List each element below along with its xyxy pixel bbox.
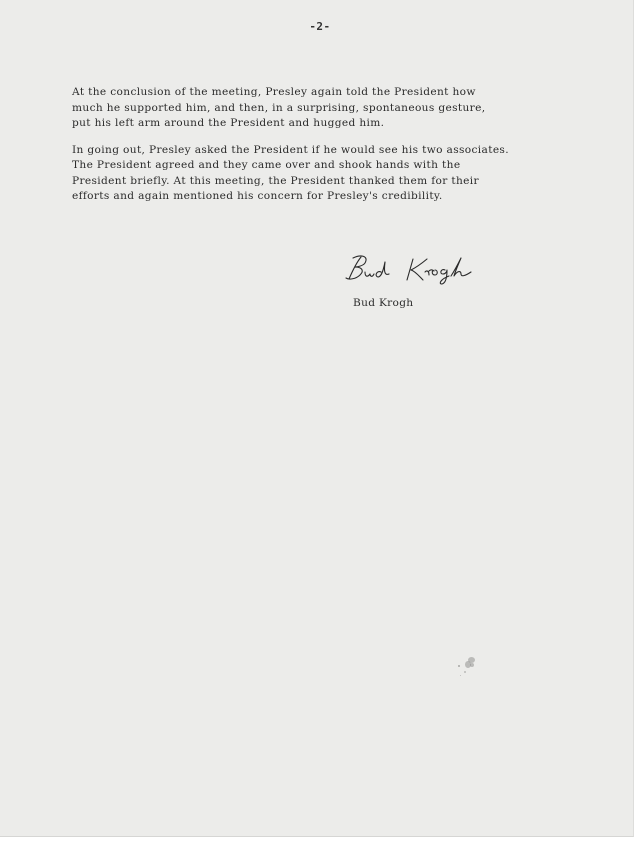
paper-smudge bbox=[456, 655, 482, 677]
text-line: President briefly. At this meeting, the … bbox=[72, 174, 572, 190]
text-line: At the conclusion of the meeting, Presle… bbox=[72, 85, 572, 101]
text-line: put his left arm around the President an… bbox=[72, 116, 572, 132]
handwritten-signature bbox=[343, 252, 493, 286]
text-line: efforts and again mentioned his concern … bbox=[72, 189, 572, 205]
text-line: In going out, Presley asked the Presiden… bbox=[72, 143, 572, 159]
text-line: much he supported him, and then, in a su… bbox=[72, 101, 572, 117]
memo-body: At the conclusion of the meeting, Presle… bbox=[72, 85, 572, 216]
paragraph-going-out: In going out, Presley asked the Presiden… bbox=[72, 143, 572, 205]
document-page: -2- At the conclusion of the meeting, Pr… bbox=[0, 0, 634, 837]
paragraph-conclusion: At the conclusion of the meeting, Presle… bbox=[72, 85, 572, 132]
page-number: -2- bbox=[0, 20, 640, 33]
signer-name: Bud Krogh bbox=[353, 297, 413, 309]
text-line: The President agreed and they came over … bbox=[72, 158, 572, 174]
